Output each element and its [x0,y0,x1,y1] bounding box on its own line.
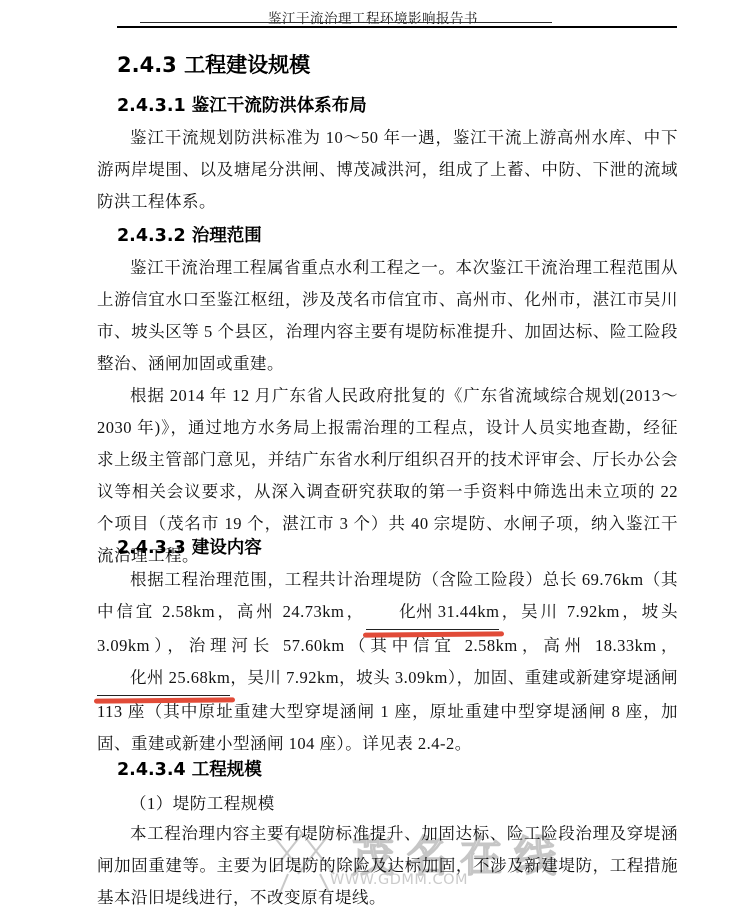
page-header-title: 鉴江干流治理工程环境影响报告书 [0,7,746,27]
text-segment: 鉴江干流治理工程属省重点水利工程之一。本次鉴江干流治理工程范围从上游信宜水口至鉴… [97,258,678,373]
header-rule-thin [140,22,552,23]
heading-2-4-3-2: 2.4.3.2 治理范围 [97,226,678,246]
text-segment: 本工程治理内容主要有堤防标准提升、加固达标、险工险段治理及穿堤涵闸加固重建等。主… [97,824,678,906]
text-segment: （1）堤防工程规模 [130,794,275,813]
heading-2-4-3: 2.4.3 工程建设规模 [97,52,678,78]
heading-2-4-3-3: 2.4.3.3 建设内容 [97,538,678,558]
annotated-text: 化州 25.68km [97,662,230,696]
document-page: 鉴江干流治理工程环境影响报告书 茂名在线 WWW.GDMM.COM 2.4.3 … [0,0,746,906]
paragraph-dike-scale-title: （1）堤防工程规模 [97,788,678,820]
paragraph-construction: 根据工程治理范围，工程共计治理堤防（含险工险段）总长 69.76km（其中信宜 … [97,564,678,760]
paragraph-scope-1: 鉴江干流治理工程属省重点水利工程之一。本次鉴江干流治理工程范围从上游信宜水口至鉴… [97,252,678,380]
text-segment: 鉴江干流规划防洪标准为 10～50 年一遇，鉴江干流上游高州水库、中下游两岸堤围… [97,128,678,211]
annotated-text: 化州 31.44km [366,596,499,630]
heading-2-4-3-4: 2.4.3.4 工程规模 [97,760,678,780]
paragraph-flood-system: 鉴江干流规划防洪标准为 10～50 年一遇，鉴江干流上游高州水库、中下游两岸堤围… [97,122,678,218]
header-rule-thick [117,26,677,28]
paragraph-dike-scale: 本工程治理内容主要有堤防标准提升、加固达标、险工险段治理及穿堤涵闸加固重建等。主… [97,818,678,906]
heading-2-4-3-1: 2.4.3.1 鉴江干流防洪体系布局 [97,96,678,116]
